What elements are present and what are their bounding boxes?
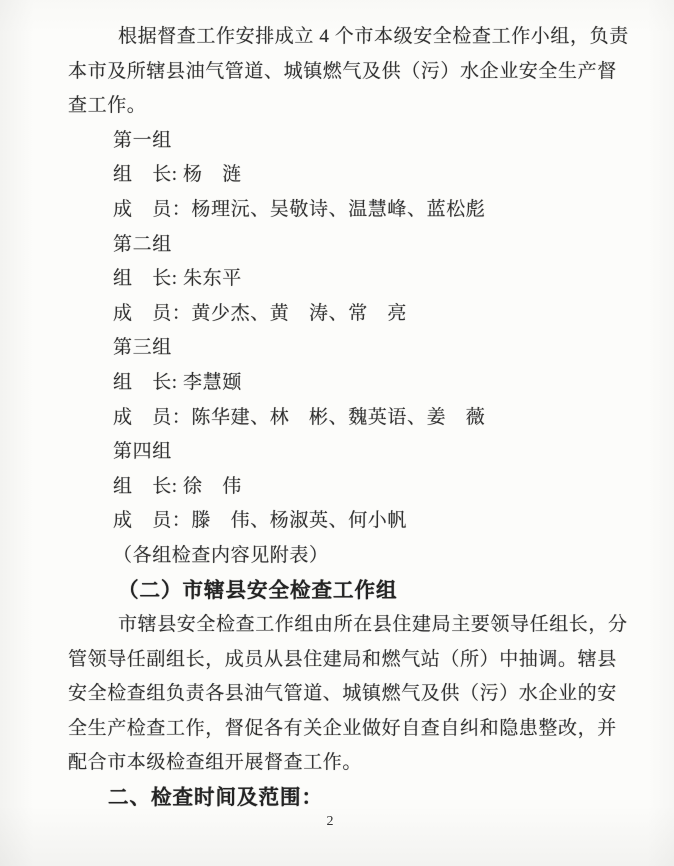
section-heading-3: 二、检查时间及范围： [68, 781, 606, 816]
group-title: 第四组 [68, 435, 606, 470]
group-members-line: 成 员：陈华建、林 彬、魏英语、姜 薇 [68, 401, 606, 436]
paragraph-line: 查工作。 [68, 89, 606, 124]
group-members-line: 成 员：滕 伟、杨淑英、何小帆 [68, 504, 606, 539]
group-title: 第三组 [68, 331, 606, 366]
group-leader-line: 组 长: 李慧颋 [68, 366, 606, 401]
group-title: 第一组 [68, 124, 606, 159]
paragraph-line: 市辖县安全检查工作组由所在县住建局主要领导任组长，分 [68, 608, 606, 643]
group-members-line: 成 员：杨理沅、吴敬诗、温慧峰、蓝松彪 [68, 193, 606, 228]
page-number: 2 [0, 814, 660, 830]
group-leader-line: 组 长: 徐 伟 [68, 470, 606, 505]
paragraph-line: 安全检查组负责各县油气管道、城镇燃气及供（污）水企业的安 [68, 677, 606, 712]
paragraph-line: 全生产检查工作，督促各有关企业做好自查自纠和隐患整改，并 [68, 712, 606, 747]
section-heading-2: （二）市辖县安全检查工作组 [68, 574, 606, 609]
paragraph-line: 配合市本级检查组开展督查工作。 [68, 746, 606, 781]
note-line: （各组检查内容见附表） [68, 539, 606, 574]
paragraph-line: 管领导任副组长，成员从县住建局和燃气站（所）中抽调。辖县 [68, 643, 606, 678]
group-leader-line: 组 长: 杨 涟 [68, 158, 606, 193]
group-members-line: 成 员：黄少杰、黄 涛、常 亮 [68, 297, 606, 332]
paragraph-line: 根据督查工作安排成立 4 个市本级安全检查工作小组，负责 [68, 20, 606, 55]
paragraph-line: 本市及所辖县油气管道、城镇燃气及供（污）水企业安全生产督 [68, 55, 606, 90]
group-leader-line: 组 长: 朱东平 [68, 262, 606, 297]
scanned-document-page: 根据督查工作安排成立 4 个市本级安全检查工作小组，负责 本市及所辖县油气管道、… [0, 0, 674, 866]
group-title: 第二组 [68, 228, 606, 263]
